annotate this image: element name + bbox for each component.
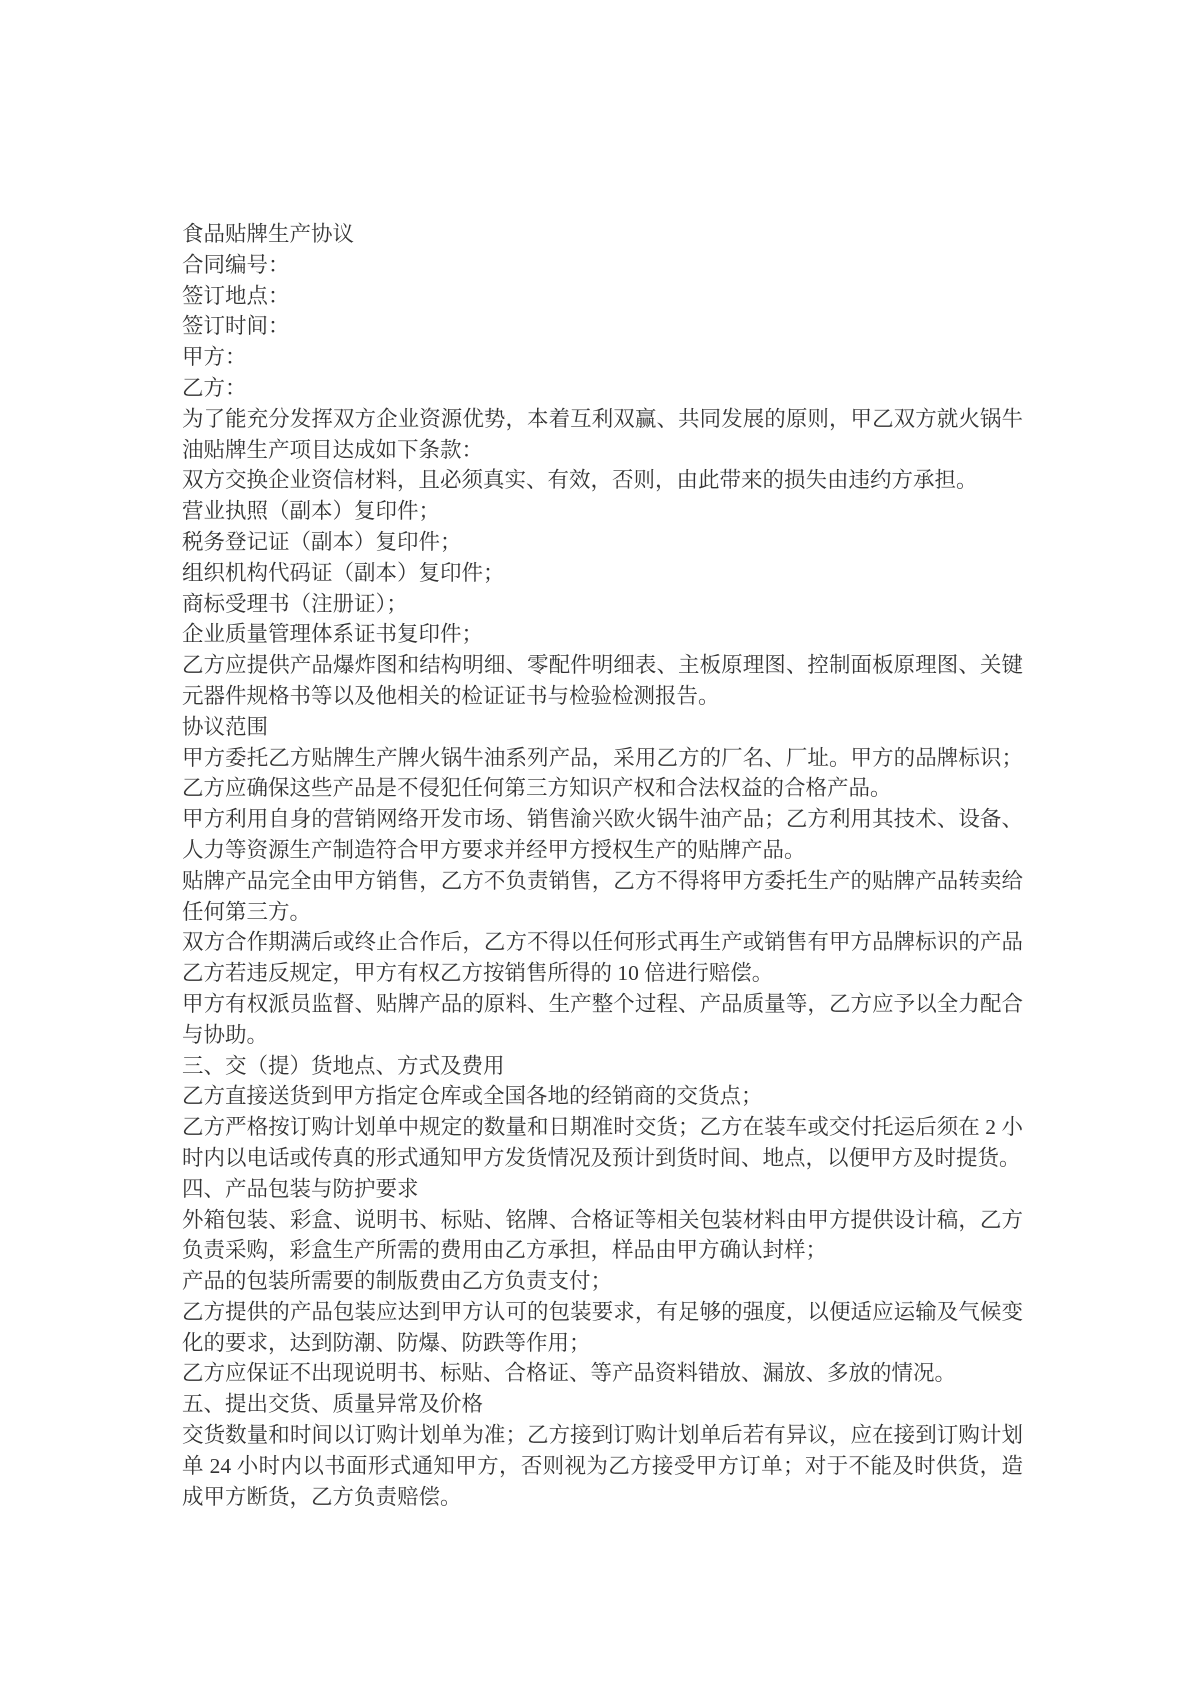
contract-paragraph: 乙方应保证不出现说明书、标贴、合格证、等产品资料错放、漏放、多放的情况。 bbox=[182, 1358, 1023, 1389]
contract-document: 食品贴牌生产协议合同编号：签订地点：签订时间：甲方：乙方：为了能充分发挥双方企业… bbox=[182, 219, 1023, 1512]
contract-paragraph: 产品的包装所需要的制版费由乙方负责支付； bbox=[182, 1266, 1023, 1297]
contract-paragraph: 乙方应提供产品爆炸图和结构明细、零配件明细表、主板原理图、控制面板原理图、关键元… bbox=[182, 650, 1023, 712]
document-page: 食品贴牌生产协议合同编号：签订地点：签订时间：甲方：乙方：为了能充分发挥双方企业… bbox=[0, 0, 1190, 1683]
contract-paragraph: 合同编号： bbox=[182, 250, 1023, 281]
contract-paragraph: 双方交换企业资信材料，且必须真实、有效，否则，由此带来的损失由违约方承担。 bbox=[182, 465, 1023, 496]
contract-paragraph: 签订地点： bbox=[182, 281, 1023, 312]
contract-paragraph: 贴牌产品完全由甲方销售，乙方不负责销售，乙方不得将甲方委托生产的贴牌产品转卖给任… bbox=[182, 866, 1023, 928]
contract-paragraph: 乙方直接送货到甲方指定仓库或全国各地的经销商的交货点； bbox=[182, 1081, 1023, 1112]
contract-paragraph: 甲方委托乙方贴牌生产牌火锅牛油系列产品，采用乙方的厂名、厂址。甲方的品牌标识；乙… bbox=[182, 743, 1023, 805]
contract-paragraph: 商标受理书（注册证）； bbox=[182, 589, 1023, 620]
contract-paragraph: 甲方有权派员监督、贴牌产品的原料、生产整个过程、产品质量等，乙方应予以全力配合与… bbox=[182, 989, 1023, 1051]
contract-paragraph: 为了能充分发挥双方企业资源优势，本着互利双赢、共同发展的原则，甲乙双方就火锅牛油… bbox=[182, 404, 1023, 466]
contract-paragraph: 组织机构代码证（副本）复印件； bbox=[182, 558, 1023, 589]
contract-paragraph: 五、提出交货、质量异常及价格 bbox=[182, 1389, 1023, 1420]
contract-paragraph: 签订时间： bbox=[182, 311, 1023, 342]
document-title: 食品贴牌生产协议 bbox=[182, 219, 1023, 250]
contract-paragraph: 乙方严格按订购计划单中规定的数量和日期准时交货；乙方在装车或交付托运后须在 2 … bbox=[182, 1112, 1023, 1174]
contract-paragraph: 双方合作期满后或终止合作后，乙方不得以任何形式再生产或销售有甲方品牌标识的产品乙… bbox=[182, 927, 1023, 989]
contract-paragraph: 三、交（提）货地点、方式及费用 bbox=[182, 1051, 1023, 1082]
contract-paragraph: 协议范围 bbox=[182, 712, 1023, 743]
contract-paragraph: 交货数量和时间以订购计划单为准；乙方接到订购计划单后若有异议，应在接到订购计划单… bbox=[182, 1420, 1023, 1512]
contract-paragraph: 营业执照（副本）复印件； bbox=[182, 496, 1023, 527]
contract-paragraph: 外箱包装、彩盒、说明书、标贴、铭牌、合格证等相关包装材料由甲方提供设计稿，乙方负… bbox=[182, 1205, 1023, 1267]
contract-paragraph: 甲方利用自身的营销网络开发市场、销售渝兴欧火锅牛油产品；乙方利用其技术、设备、人… bbox=[182, 804, 1023, 866]
contract-paragraph: 乙方： bbox=[182, 373, 1023, 404]
contract-paragraph: 企业质量管理体系证书复印件； bbox=[182, 619, 1023, 650]
contract-paragraph: 甲方： bbox=[182, 342, 1023, 373]
contract-paragraph: 税务登记证（副本）复印件； bbox=[182, 527, 1023, 558]
contract-paragraph: 乙方提供的产品包装应达到甲方认可的包装要求，有足够的强度，以便适应运输及气候变化… bbox=[182, 1297, 1023, 1359]
contract-paragraph: 四、产品包装与防护要求 bbox=[182, 1174, 1023, 1205]
